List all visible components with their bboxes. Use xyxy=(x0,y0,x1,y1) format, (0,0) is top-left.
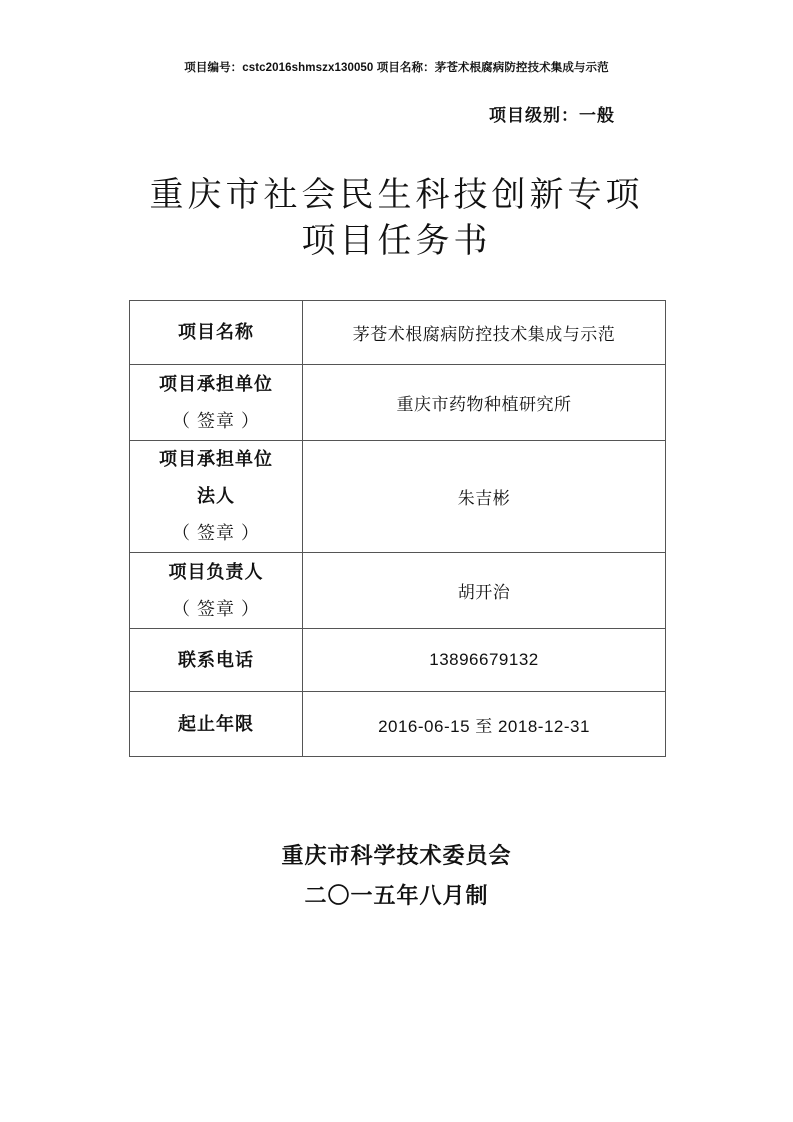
project-level: 项目级别：一般 xyxy=(489,101,615,126)
table-row-project-leader: 项目负责人 （ 签章 ） 胡开治 xyxy=(130,553,666,629)
value-undertaking-unit: 重庆市药物种植研究所 xyxy=(303,365,666,441)
value-project-name: 茅苍术根腐病防控技术集成与示范 xyxy=(303,301,666,365)
label-project-leader: 项目负责人 （ 签章 ） xyxy=(130,553,303,629)
table-row-legal-person: 项目承担单位 法人 （ 签章 ） 朱吉彬 xyxy=(130,441,666,553)
table-row-phone: 联系电话 13896679132 xyxy=(130,629,666,692)
value-legal-person: 朱吉彬 xyxy=(303,441,666,553)
label-period: 起止年限 xyxy=(130,692,303,757)
issuing-organization: 重庆市科学技术委员会 xyxy=(0,836,793,876)
table-row-project-name: 项目名称 茅苍术根腐病防控技术集成与示范 xyxy=(130,301,666,365)
project-info-table: 项目名称 茅苍术根腐病防控技术集成与示范 项目承担单位 （ 签章 ） 重庆市药物… xyxy=(129,300,666,757)
title-line-2: 项目任务书 xyxy=(0,218,793,264)
project-header-line: 项目编号：cstc2016shmszx130050 项目名称：茅苍术根腐病防控技… xyxy=(0,59,793,75)
value-project-leader: 胡开治 xyxy=(303,553,666,629)
seal-note: （ 签章 ） xyxy=(130,403,302,440)
label-phone: 联系电话 xyxy=(130,629,303,692)
value-period: 2016-06-15 至 2018-12-31 xyxy=(303,692,666,757)
label-project-name: 项目名称 xyxy=(130,301,303,365)
table-row-period: 起止年限 2016-06-15 至 2018-12-31 xyxy=(130,692,666,757)
value-phone: 13896679132 xyxy=(303,629,666,692)
footer: 重庆市科学技术委员会 二〇一五年八月制 xyxy=(0,836,793,916)
issue-date: 二〇一五年八月制 xyxy=(0,876,793,916)
document-title: 重庆市社会民生科技创新专项 项目任务书 xyxy=(0,172,793,264)
table-row-undertaking-unit: 项目承担单位 （ 签章 ） 重庆市药物种植研究所 xyxy=(130,365,666,441)
label-legal-person: 项目承担单位 法人 （ 签章 ） xyxy=(130,441,303,553)
title-line-1: 重庆市社会民生科技创新专项 xyxy=(0,172,793,218)
seal-note: （ 签章 ） xyxy=(130,591,302,628)
seal-note: （ 签章 ） xyxy=(130,515,302,552)
label-undertaking-unit: 项目承担单位 （ 签章 ） xyxy=(130,365,303,441)
